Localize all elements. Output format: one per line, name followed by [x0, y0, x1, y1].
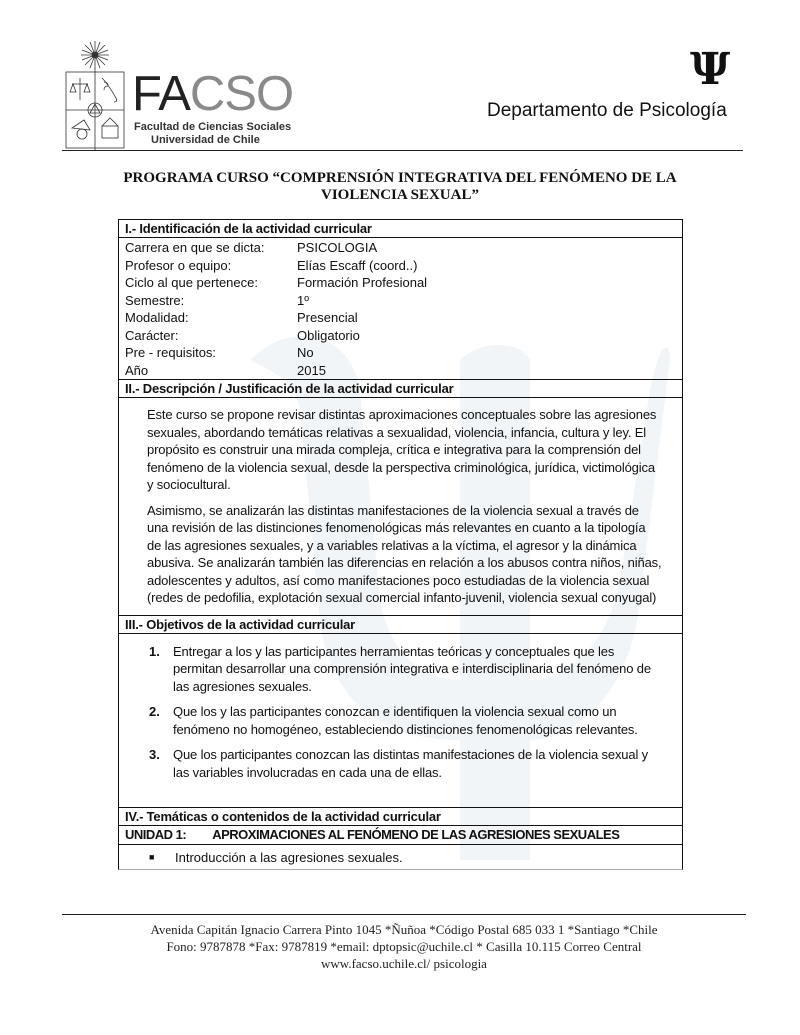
- unit-title: APROXIMACIONES AL FENÓMENO DE LAS AGRESI…: [212, 827, 619, 842]
- identification-rows: Carrera en que se dicta:PSICOLOGIA Profe…: [119, 238, 682, 380]
- row-value: 1º: [297, 292, 676, 310]
- table-row: Semestre:1º: [125, 292, 676, 310]
- table-row: Modalidad:Presencial: [125, 309, 676, 327]
- list-item: 1.Entregar a los y las participantes her…: [149, 643, 662, 696]
- row-label: Profesor o equipo:: [125, 257, 297, 275]
- logo-subtitle: Facultad de Ciencias Sociales Universida…: [134, 121, 291, 147]
- description-paragraph: Asimismo, se analizarán las distintas ma…: [147, 502, 662, 607]
- table-row: Profesor o equipo:Elías Escaff (coord..): [125, 257, 676, 275]
- section-contents-heading: IV.- Temáticas o contenidos de la activi…: [119, 808, 682, 826]
- objective-text: Que los participantes conozcan las disti…: [173, 746, 662, 781]
- university-name: Universidad de Chile: [134, 134, 291, 147]
- objective-number: 3.: [149, 746, 173, 781]
- table-row: Año2015: [125, 362, 676, 380]
- row-label: Año: [125, 362, 297, 380]
- list-item: ■Introducción a las agresiones sexuales.: [149, 849, 682, 867]
- row-value: Formación Profesional: [297, 274, 676, 292]
- row-value: Elías Escaff (coord..): [297, 257, 676, 275]
- objective-number: 2.: [149, 703, 173, 738]
- table-row: Ciclo al que pertenece:Formación Profesi…: [125, 274, 676, 292]
- footer-website[interactable]: www.facso.uchile.cl/ psicologia: [62, 955, 746, 972]
- facso-logo: FACSO: [132, 70, 293, 119]
- table-row: Pre - requisitos:No: [125, 344, 676, 362]
- section-description-heading: II.- Descripción / Justificación de la a…: [119, 380, 682, 398]
- title-line-1: PROGRAMA CURSO “COMPRENSIÓN INTEGRATIVA …: [120, 170, 680, 187]
- unit-heading: UNIDAD 1:APROXIMACIONES AL FENÓMENO DE L…: [119, 826, 682, 845]
- footer-contact: Fono: 9787878 *Fax: 9787819 *email: dpto…: [62, 938, 746, 955]
- row-value: Presencial: [297, 309, 676, 327]
- footer-address: Avenida Capitán Ignacio Carrera Pinto 10…: [62, 921, 746, 938]
- description-block: Este curso se propone revisar distintas …: [119, 398, 682, 616]
- footer: Avenida Capitán Ignacio Carrera Pinto 10…: [62, 921, 746, 972]
- row-value: Obligatorio: [297, 327, 676, 345]
- header-divider: [62, 150, 743, 151]
- row-value: 2015: [297, 362, 676, 380]
- list-item: 3.Que los participantes conozcan las dis…: [149, 746, 662, 781]
- row-label: Semestre:: [125, 292, 297, 310]
- title-line-2: VIOLENCIA SEXUAL”: [120, 187, 680, 204]
- table-row: Carácter:Obligatorio: [125, 327, 676, 345]
- document-title: PROGRAMA CURSO “COMPRENSIÓN INTEGRATIVA …: [120, 170, 680, 204]
- footer-divider: [62, 914, 746, 915]
- table-row: Carrera en que se dicta:PSICOLOGIA: [125, 239, 676, 257]
- row-label: Carácter:: [125, 327, 297, 345]
- course-table: I.- Identificación de la actividad curri…: [118, 219, 683, 870]
- description-paragraph: Este curso se propone revisar distintas …: [147, 406, 662, 494]
- row-value: PSICOLOGIA: [297, 239, 676, 257]
- contents-list: ■Introducción a las agresiones sexuales.: [119, 845, 682, 869]
- row-value: No: [297, 344, 676, 362]
- objective-text: Entregar a los y las participantes herra…: [173, 643, 662, 696]
- department-name: Departamento de Psicología: [487, 100, 727, 122]
- row-label: Ciclo al que pertenece:: [125, 274, 297, 292]
- bullet-icon: ■: [149, 849, 175, 867]
- objective-text: Que los y las participantes conozcan e i…: [173, 703, 662, 738]
- row-label: Pre - requisitos:: [125, 344, 297, 362]
- objective-number: 1.: [149, 643, 173, 696]
- row-label: Modalidad:: [125, 309, 297, 327]
- list-item: 2.Que los y las participantes conozcan e…: [149, 703, 662, 738]
- row-label: Carrera en que se dicta:: [125, 239, 297, 257]
- objectives-list: 1.Entregar a los y las participantes her…: [119, 634, 682, 809]
- section-identification-heading: I.- Identificación de la actividad curri…: [119, 220, 682, 238]
- content-text: Introducción a las agresiones sexuales.: [175, 849, 403, 867]
- faculty-name: Facultad de Ciencias Sociales: [134, 121, 291, 133]
- section-objectives-heading: III.- Objetivos de la actividad curricul…: [119, 616, 682, 634]
- unit-label: UNIDAD 1:: [125, 827, 186, 842]
- psi-icon: Ψ: [690, 48, 730, 92]
- university-crest-icon: [64, 38, 126, 150]
